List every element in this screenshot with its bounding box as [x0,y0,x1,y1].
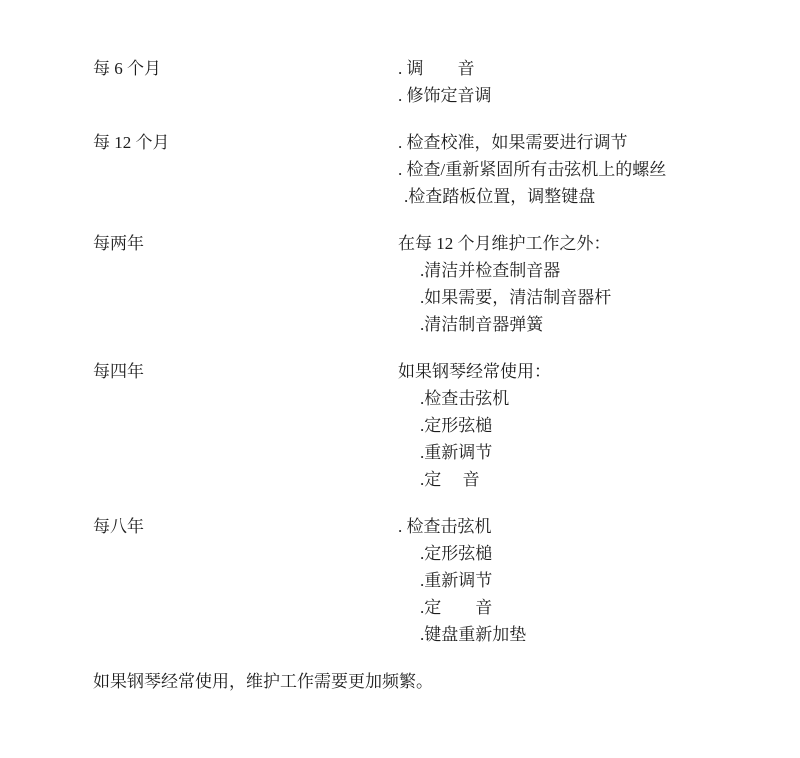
task-line: .键盘重新加垫 [398,621,760,648]
task-line: .清洁制音器弹簧 [398,311,760,338]
interval-label: 每 12 个月 [93,129,398,156]
interval-label: 每八年 [93,513,398,540]
section-every-2-years: 每两年 在每 12 个月维护工作之外： .清洁并检查制音器 .如果需要，清洁制音… [93,230,760,338]
task-line: 在每 12 个月维护工作之外： [398,230,760,257]
task-line: . 检查校准，如果需要进行调节 [398,129,760,156]
task-line: .清洁并检查制音器 [398,257,760,284]
interval-label: 每两年 [93,230,398,257]
task-list: . 调 音 . 修饰定音调 [398,55,760,109]
task-line: .检查踏板位置，调整键盘 [398,183,760,210]
section-every-12-months: 每 12 个月 . 检查校准，如果需要进行调节 . 检查/重新紧固所有击弦机上的… [93,129,760,210]
footer-note: 如果钢琴经常使用，维护工作需要更加频繁。 [93,668,760,695]
task-line: 如果钢琴经常使用： [398,358,760,385]
task-list: . 检查击弦机 .定形弦槌 .重新调节 .定 音 .键盘重新加垫 [398,513,760,648]
task-line: .定 音 [398,594,760,621]
task-line: . 调 音 [398,55,760,82]
task-line: .重新调节 [398,439,760,466]
interval-label: 每 6 个月 [93,55,398,82]
section-every-6-months: 每 6 个月 . 调 音 . 修饰定音调 [93,55,760,109]
task-line: . 检查/重新紧固所有击弦机上的螺丝 [398,156,760,183]
task-list: 在每 12 个月维护工作之外： .清洁并检查制音器 .如果需要，清洁制音器杆 .… [398,230,760,338]
task-line: .如果需要，清洁制音器杆 [398,284,760,311]
interval-label: 每四年 [93,358,398,385]
task-line: . 修饰定音调 [398,82,760,109]
section-every-8-years: 每八年 . 检查击弦机 .定形弦槌 .重新调节 .定 音 .键盘重新加垫 [93,513,760,648]
document-page: 每 6 个月 . 调 音 . 修饰定音调 每 12 个月 . 检查校准，如果需要… [0,0,800,758]
task-list: 如果钢琴经常使用： .检查击弦机 .定形弦槌 .重新调节 .定 音 [398,358,760,493]
task-line: .定形弦槌 [398,540,760,567]
task-line: .定 音 [398,466,760,493]
task-line: .定形弦槌 [398,412,760,439]
task-line: .检查击弦机 [398,385,760,412]
task-line: . 检查击弦机 [398,513,760,540]
task-list: . 检查校准，如果需要进行调节 . 检查/重新紧固所有击弦机上的螺丝 .检查踏板… [398,129,760,210]
task-line: .重新调节 [398,567,760,594]
section-every-4-years: 每四年 如果钢琴经常使用： .检查击弦机 .定形弦槌 .重新调节 .定 音 [93,358,760,493]
